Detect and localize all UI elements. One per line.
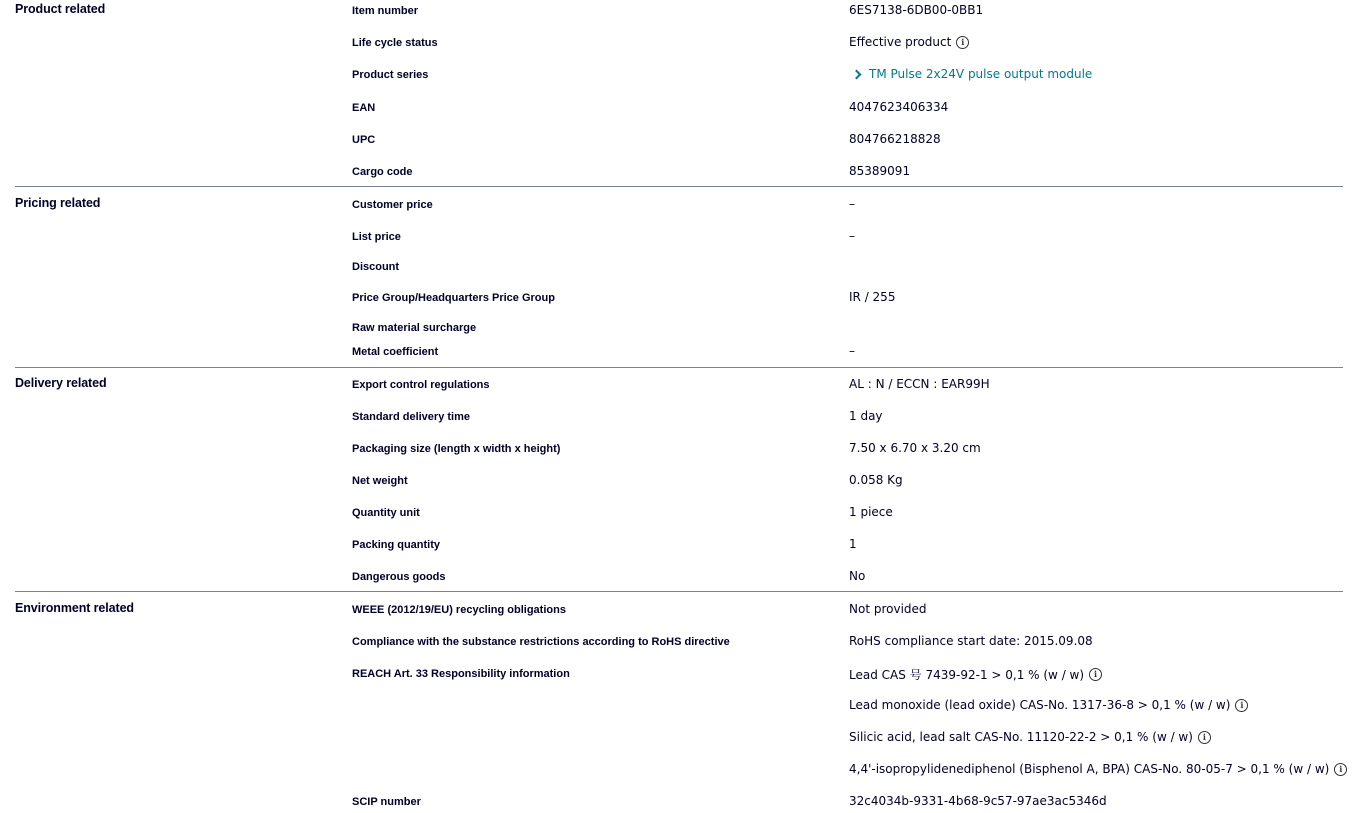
table-row: Packaging size (length x width x height)… [15, 440, 1343, 460]
info-icon[interactable]: i [956, 36, 969, 49]
row-label: Compliance with the substance restrictio… [352, 636, 730, 648]
table-row: Discount [15, 258, 1343, 278]
row-label: Product series [352, 69, 428, 81]
row-value: Silicic acid, lead salt CAS-No. 11120-22… [849, 730, 1211, 744]
table-row: Life cycle status Effective producti [15, 34, 1343, 54]
row-label: Cargo code [352, 166, 413, 178]
table-row: Net weight 0.058 Kg [15, 472, 1343, 492]
row-label: Life cycle status [352, 37, 438, 49]
row-value: – [849, 229, 855, 243]
info-icon[interactable]: i [1089, 668, 1102, 681]
row-label: WEEE (2012/19/EU) recycling obligations [352, 604, 566, 616]
row-value: 85389091 [849, 164, 910, 178]
table-row: Product series TM Pulse 2x24V pulse outp… [15, 66, 1343, 86]
lifecycle-value: Effective product [849, 35, 951, 49]
row-label: Discount [352, 261, 399, 273]
row-label: Quantity unit [352, 507, 420, 519]
row-value: Lead monoxide (lead oxide) CAS-No. 1317-… [849, 698, 1248, 712]
row-label: Customer price [352, 199, 433, 211]
row-label: EAN [352, 102, 375, 114]
row-value: Effective producti [849, 35, 969, 49]
row-value: AL : N / ECCN : EAR99H [849, 377, 990, 391]
info-icon[interactable]: i [1334, 763, 1347, 776]
product-series-link-text[interactable]: TM Pulse 2x24V pulse output module [869, 67, 1092, 81]
chevron-right-icon [852, 69, 862, 79]
row-label: Packing quantity [352, 539, 440, 551]
row-value: 4047623406334 [849, 100, 948, 114]
section-delivery-related: Delivery related Export control regulati… [15, 376, 1343, 592]
table-row: Customer price – [15, 196, 1343, 216]
section-product-related: Product related Item number 6ES7138-6DB0… [15, 2, 1343, 187]
row-value: No [849, 569, 865, 583]
row-value: 1 day [849, 409, 883, 423]
table-row: Dangerous goods No [15, 568, 1343, 588]
reach-substance: Lead monoxide (lead oxide) CAS-No. 1317-… [849, 698, 1230, 712]
reach-substance: 4,4'-isopropylidenediphenol (Bisphenol A… [849, 762, 1329, 776]
reach-substance: Silicic acid, lead salt CAS-No. 11120-22… [849, 730, 1193, 744]
table-row: SCIP number 32c4034b-9331-4b68-9c57-97ae… [15, 793, 1343, 813]
row-label: Price Group/Headquarters Price Group [352, 292, 555, 304]
table-row: Metal coefficient – [15, 343, 1343, 363]
row-label: Item number [352, 5, 418, 17]
table-row: Compliance with the substance restrictio… [15, 633, 1343, 653]
table-row: Silicic acid, lead salt CAS-No. 11120-22… [15, 729, 1343, 749]
row-label: Raw material surcharge [352, 322, 476, 334]
row-label: Net weight [352, 475, 408, 487]
row-label: Dangerous goods [352, 571, 446, 583]
row-value: 7.50 x 6.70 x 3.20 cm [849, 441, 981, 455]
table-row: Raw material surcharge [15, 319, 1343, 339]
row-label: Packaging size (length x width x height) [352, 443, 560, 455]
reach-substance: Lead CAS 号 7439-92-1 > 0,1 % (w / w) [849, 666, 1084, 683]
row-label: List price [352, 231, 401, 243]
table-row: Export control regulations AL : N / ECCN… [15, 376, 1343, 396]
row-label: UPC [352, 134, 375, 146]
row-label: REACH Art. 33 Responsibility information [352, 668, 570, 680]
table-row: REACH Art. 33 Responsibility information… [15, 665, 1343, 685]
section-pricing-related: Pricing related Customer price – List pr… [15, 196, 1343, 368]
row-value: 4,4'-isopropylidenediphenol (Bisphenol A… [849, 762, 1347, 776]
row-value: Not provided [849, 602, 927, 616]
row-value: 1 piece [849, 505, 893, 519]
row-value: RoHS compliance start date: 2015.09.08 [849, 634, 1093, 648]
row-value: 6ES7138-6DB00-0BB1 [849, 3, 983, 17]
row-label: Metal coefficient [352, 346, 438, 358]
table-row: Packing quantity 1 [15, 536, 1343, 556]
row-value: – [849, 344, 855, 358]
table-row: EAN 4047623406334 [15, 99, 1343, 119]
table-row: UPC 804766218828 [15, 131, 1343, 151]
table-row: Cargo code 85389091 [15, 163, 1343, 183]
row-label: SCIP number [352, 796, 421, 808]
info-icon[interactable]: i [1235, 699, 1248, 712]
row-value: 0.058 Kg [849, 473, 903, 487]
section-environment-related: Environment related WEEE (2012/19/EU) re… [15, 601, 1343, 813]
row-value: 804766218828 [849, 132, 941, 146]
row-value: 32c4034b-9331-4b68-9c57-97ae3ac5346d [849, 794, 1107, 808]
table-row: Standard delivery time 1 day [15, 408, 1343, 428]
table-row: Price Group/Headquarters Price Group IR … [15, 289, 1343, 309]
table-row: Lead monoxide (lead oxide) CAS-No. 1317-… [15, 697, 1343, 717]
row-value: IR / 255 [849, 290, 895, 304]
item-number-value: 6ES7138-6DB00-0BB1 [849, 3, 983, 17]
product-series-link[interactable]: TM Pulse 2x24V pulse output module [849, 67, 1092, 81]
table-row: Quantity unit 1 piece [15, 504, 1343, 524]
row-label: Standard delivery time [352, 411, 470, 423]
info-icon[interactable]: i [1198, 731, 1211, 744]
row-value: – [849, 197, 855, 211]
table-row: WEEE (2012/19/EU) recycling obligations … [15, 601, 1343, 621]
row-label: Export control regulations [352, 379, 490, 391]
table-row: List price – [15, 228, 1343, 248]
row-value: 1 [849, 537, 857, 551]
table-row: Item number 6ES7138-6DB00-0BB1 [15, 2, 1343, 22]
table-row: 4,4'-isopropylidenediphenol (Bisphenol A… [15, 761, 1343, 781]
row-value: Lead CAS 号 7439-92-1 > 0,1 % (w / w)i [849, 666, 1102, 683]
